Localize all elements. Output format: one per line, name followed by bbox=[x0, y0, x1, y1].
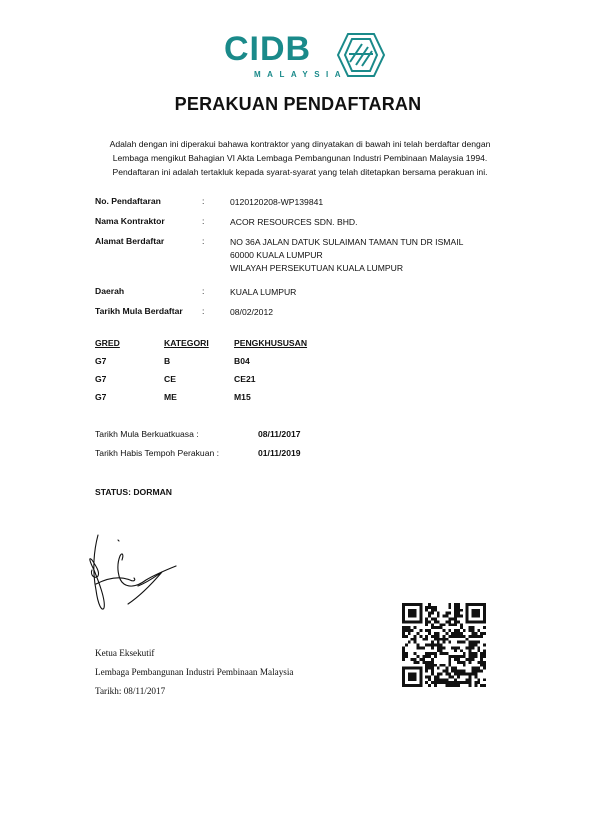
field-separator: : bbox=[202, 236, 204, 246]
field-label: Nama Kontraktor bbox=[95, 216, 165, 226]
field-label: Alamat Berdaftar bbox=[95, 236, 164, 246]
field-value: 08/02/2012 bbox=[230, 306, 273, 319]
logo-subtitle: MALAYSIA bbox=[254, 70, 347, 79]
address-line: 60000 KUALA LUMPUR bbox=[230, 249, 463, 262]
expiry-date-value: 01/11/2019 bbox=[258, 448, 301, 458]
specialization-cell: M15 bbox=[234, 392, 251, 402]
signatory-title: Ketua Eksekutif bbox=[95, 648, 154, 658]
specialization-cell: CE21 bbox=[234, 374, 256, 384]
field-separator: : bbox=[202, 306, 204, 316]
qr-code-icon bbox=[402, 603, 486, 687]
expiry-date-label: Tarikh Habis Tempoh Perakuan : bbox=[95, 448, 219, 458]
effective-date-value: 08/11/2017 bbox=[258, 429, 301, 439]
field-label: No. Pendaftaran bbox=[95, 196, 161, 206]
field-separator: : bbox=[202, 196, 204, 206]
address-line: WILAYAH PERSEKUTUAN KUALA LUMPUR bbox=[230, 262, 463, 275]
intro-paragraph: Adalah dengan ini diperakui bahawa kontr… bbox=[80, 137, 520, 179]
intro-line: Adalah dengan ini diperakui bahawa kontr… bbox=[80, 137, 520, 151]
intro-line: Lembaga mengikut Bahagian VI Akta Lembag… bbox=[80, 151, 520, 165]
category-cell: B bbox=[164, 356, 170, 366]
field-separator: : bbox=[202, 216, 204, 226]
signature-icon bbox=[84, 530, 204, 620]
field-label: Tarikh Mula Berdaftar bbox=[95, 306, 183, 316]
field-separator: : bbox=[202, 286, 204, 296]
category-cell: CE bbox=[164, 374, 176, 384]
status-badge: STATUS: DORMAN bbox=[95, 487, 172, 497]
logo-name: CIDB bbox=[224, 30, 311, 68]
category-cell: ME bbox=[164, 392, 177, 402]
field-value: KUALA LUMPUR bbox=[230, 286, 296, 299]
address-line: NO 36A JALAN DATUK SULAIMAN TAMAN TUN DR… bbox=[230, 236, 463, 249]
intro-line: Pendaftaran ini adalah tertakluk kepada … bbox=[80, 165, 520, 179]
header-grade: GRED bbox=[95, 338, 120, 348]
header-specialization: PENGKHUSUSAN bbox=[234, 338, 307, 348]
signatory-organization: Lembaga Pembangunan Industri Pembinaan M… bbox=[95, 667, 294, 677]
field-value: ACOR RESOURCES SDN. BHD. bbox=[230, 216, 358, 229]
grade-cell: G7 bbox=[95, 374, 106, 384]
effective-date-label: Tarikh Mula Berkuatkuasa : bbox=[95, 429, 199, 439]
page-title: PERAKUAN PENDAFTARAN bbox=[0, 94, 596, 115]
cidb-emblem-icon bbox=[336, 32, 386, 78]
signatory-date: Tarikh: 08/11/2017 bbox=[95, 686, 165, 696]
header-category: KATEGORI bbox=[164, 338, 209, 348]
specialization-cell: B04 bbox=[234, 356, 250, 366]
cidb-logo: CIDB MALAYSIA bbox=[224, 30, 376, 82]
grade-cell: G7 bbox=[95, 392, 106, 402]
grade-cell: G7 bbox=[95, 356, 106, 366]
field-label: Daerah bbox=[95, 286, 124, 296]
field-value: NO 36A JALAN DATUK SULAIMAN TAMAN TUN DR… bbox=[230, 236, 463, 275]
field-value: 0120120208-WP139841 bbox=[230, 196, 323, 209]
